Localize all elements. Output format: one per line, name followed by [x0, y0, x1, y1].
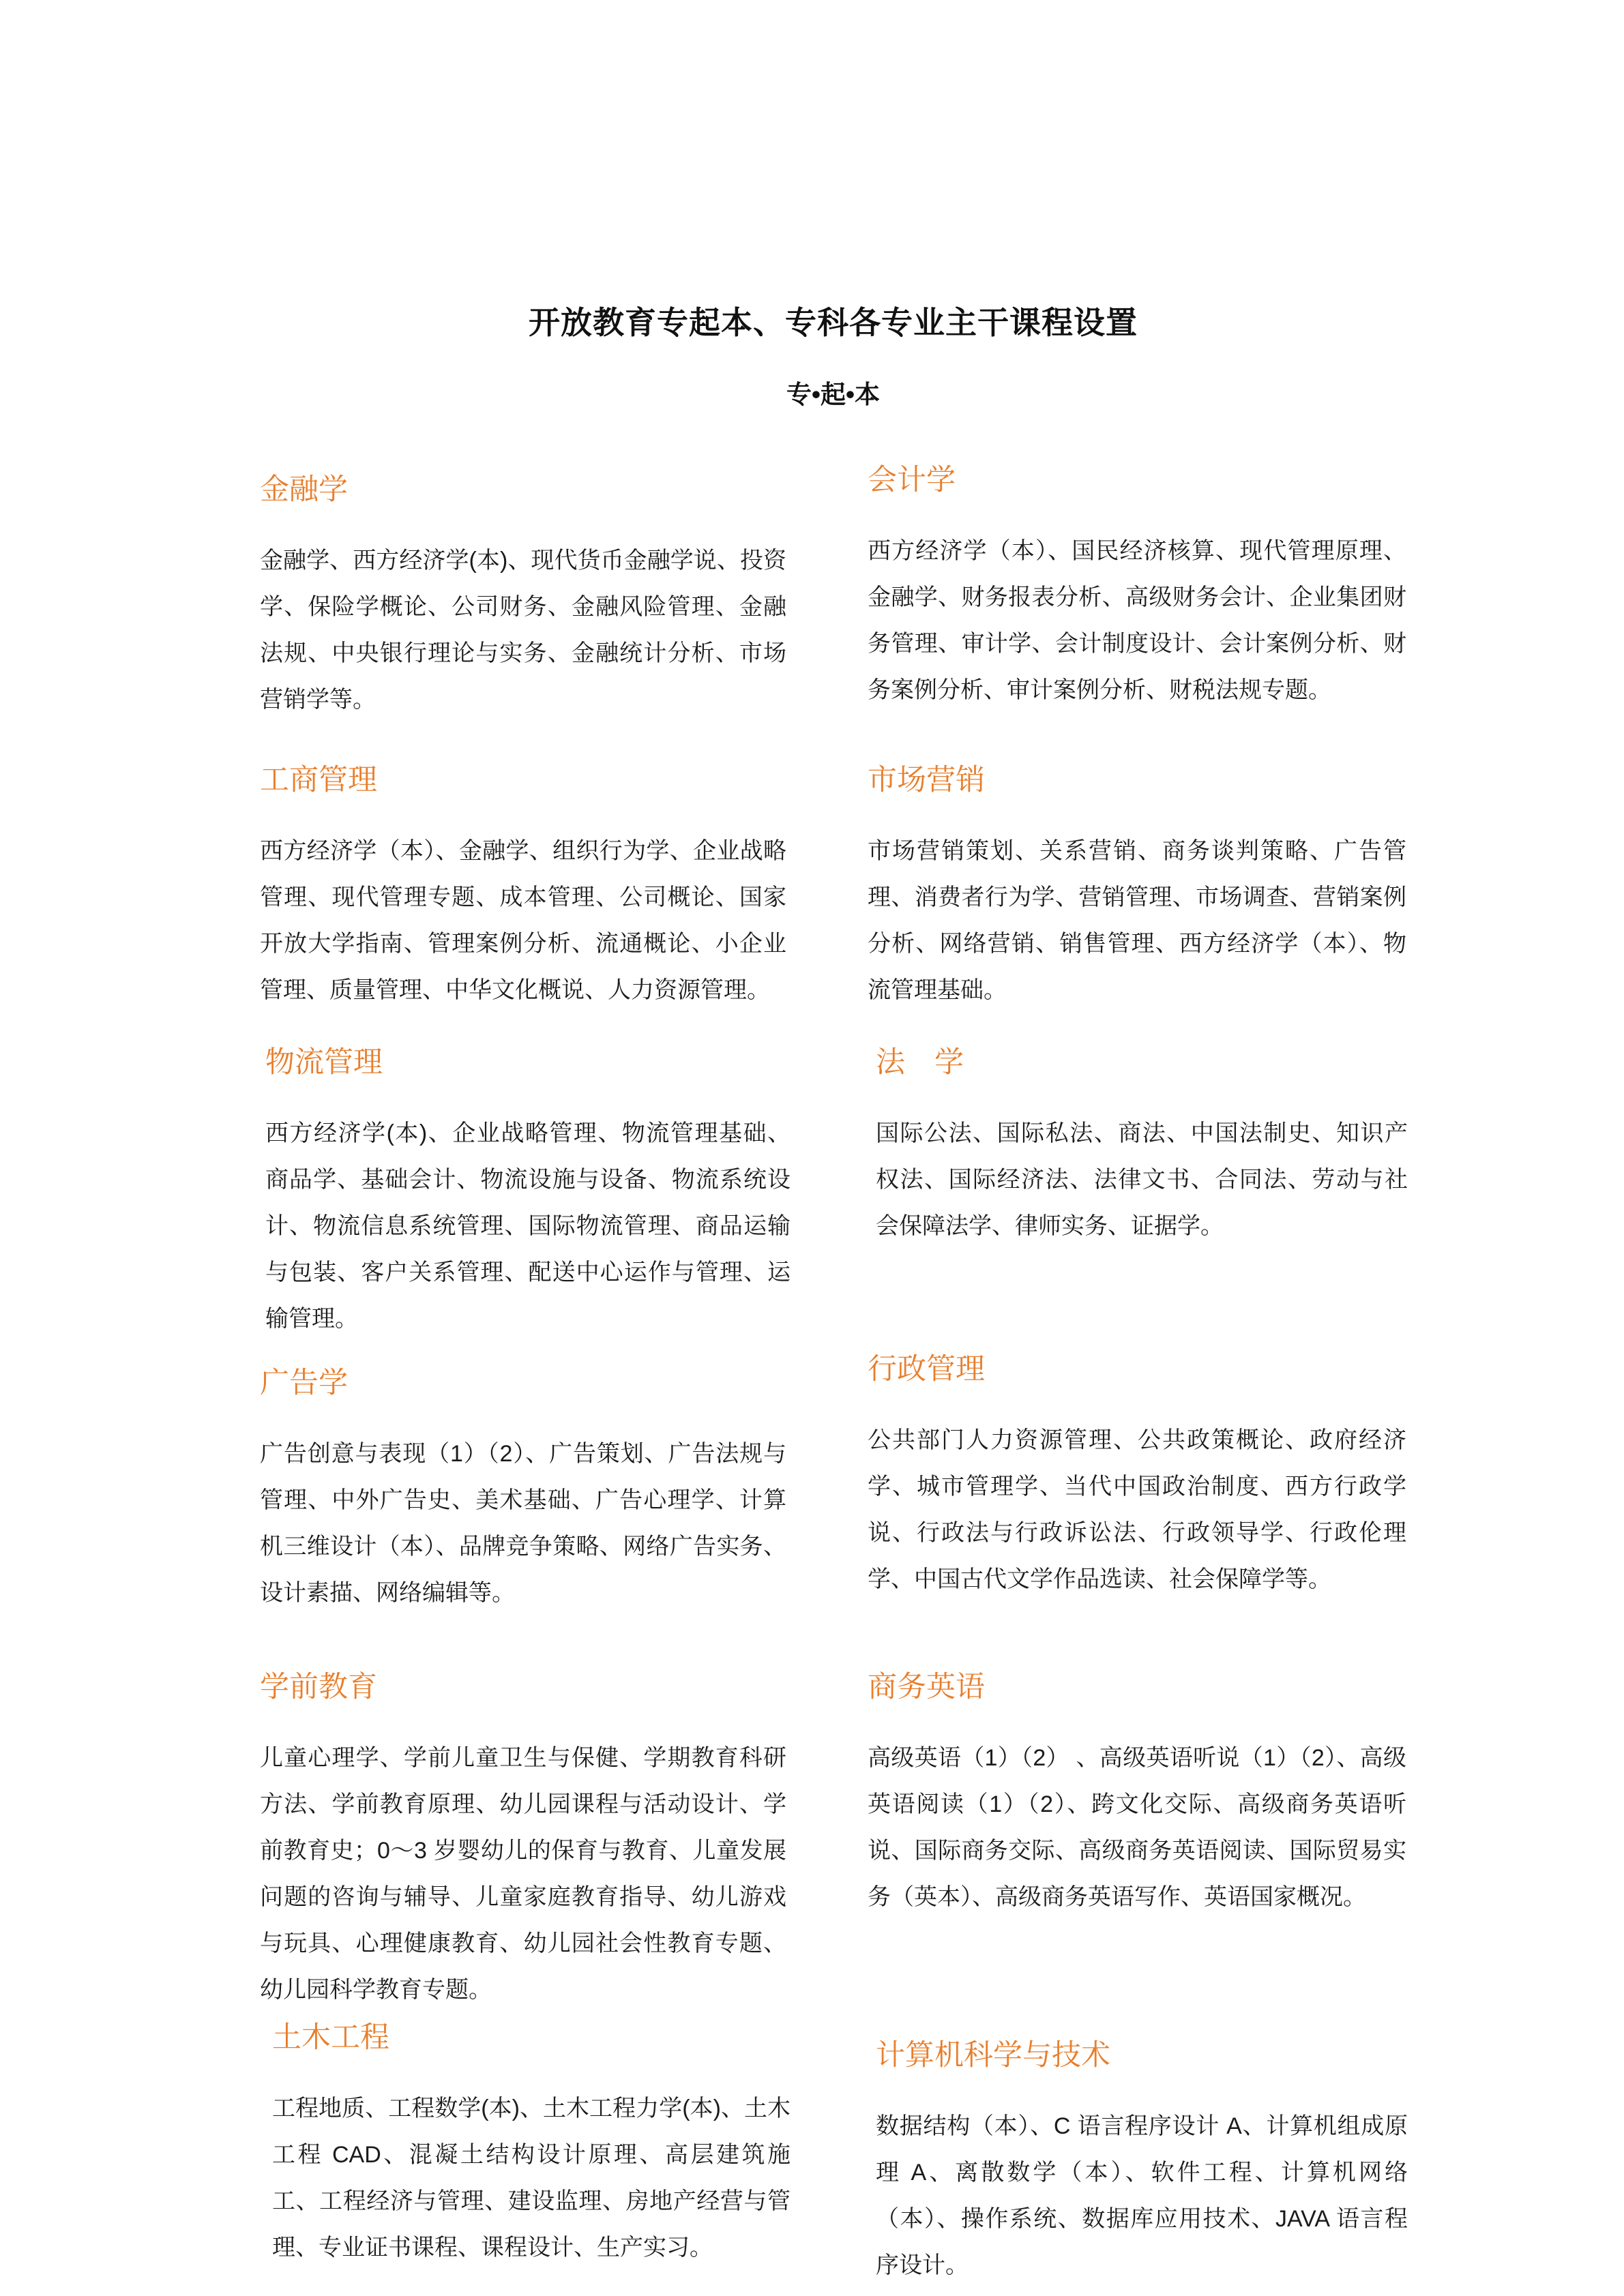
section-business-administration: 工商管理 西方经济学（本）、金融学、组织行为学、企业战略管理、现代管理专题、成本…: [260, 762, 786, 1013]
page-subtitle: 专•起•本: [260, 379, 1406, 411]
section-civil-engineering: 土木工程 工程地质、工程数学(本)、土木工程力学(本)、土木工程 CAD、混凝土…: [272, 2020, 791, 2271]
section-accounting-title: 会计学: [868, 462, 1406, 498]
section-law: 法 学 国际公法、国际私法、商法、中国法制史、知识产权法、国际经济法、法律文书、…: [876, 1045, 1408, 1249]
section-finance: 金融学 金融学、西方经济学(本)、现代货币金融学说、投资学、保险学概论、公司财务…: [260, 472, 786, 723]
section-civil-engineering-title: 土木工程: [272, 2020, 791, 2055]
section-preschool-education-title: 学前教育: [260, 1669, 786, 1705]
section-advertising-body: 广告创意与表现（1）（2）、广告策划、广告法规与管理、中外广告史、美术基础、广告…: [260, 1431, 786, 1616]
section-preschool-education-body: 儿童心理学、学前儿童卫生与保健、学期教育科研方法、学前教育原理、幼儿园课程与活动…: [260, 1735, 786, 2013]
section-preschool-education: 学前教育 儿童心理学、学前儿童卫生与保健、学期教育科研方法、学前教育原理、幼儿园…: [260, 1669, 786, 2013]
section-advertising: 广告学 广告创意与表现（1）（2）、广告策划、广告法规与管理、中外广告史、美术基…: [260, 1365, 786, 1616]
section-marketing-title: 市场营销: [868, 762, 1406, 798]
section-public-administration: 行政管理 公共部门人力资源管理、公共政策概论、政府经济学、城市管理学、当代中国政…: [868, 1352, 1406, 1602]
section-marketing: 市场营销 市场营销策划、关系营销、商务谈判策略、广告管理、消费者行为学、营销管理…: [868, 762, 1406, 1013]
section-public-administration-body: 公共部门人力资源管理、公共政策概论、政府经济学、城市管理学、当代中国政治制度、西…: [868, 1417, 1406, 1602]
section-accounting: 会计学 西方经济学（本）、国民经济核算、现代管理原理、金融学、财务报表分析、高级…: [868, 462, 1406, 713]
section-business-english-body: 高级英语（1）（2） 、高级英语听说（1）（2）、高级英语阅读（1）（2）、跨文…: [868, 1735, 1406, 1920]
section-computer-science: 计算机科学与技术 数据结构（本）、C 语言程序设计 A、计算机组成原理 A、离散…: [876, 2038, 1408, 2288]
section-accounting-body: 西方经济学（本）、国民经济核算、现代管理原理、金融学、财务报表分析、高级财务会计…: [868, 528, 1406, 713]
page-title: 开放教育专起本、专科各专业主干课程设置: [260, 303, 1406, 342]
section-business-administration-body: 西方经济学（本）、金融学、组织行为学、企业战略管理、现代管理专题、成本管理、公司…: [260, 828, 786, 1013]
section-computer-science-body: 数据结构（本）、C 语言程序设计 A、计算机组成原理 A、离散数学（本）、软件工…: [876, 2103, 1408, 2288]
section-business-administration-title: 工商管理: [260, 762, 786, 798]
section-law-title: 法 学: [876, 1045, 1408, 1080]
section-civil-engineering-body: 工程地质、工程数学(本)、土木工程力学(本)、土木工程 CAD、混凝土结构设计原…: [272, 2085, 791, 2271]
section-finance-title: 金融学: [260, 472, 786, 507]
section-logistics-management: 物流管理 西方经济学(本)、企业战略管理、物流管理基础、商品学、基础会计、物流设…: [265, 1045, 791, 1342]
section-logistics-management-body: 西方经济学(本)、企业战略管理、物流管理基础、商品学、基础会计、物流设施与设备、…: [265, 1110, 791, 1342]
section-business-english: 商务英语 高级英语（1）（2） 、高级英语听说（1）（2）、高级英语阅读（1）（…: [868, 1669, 1406, 1920]
section-public-administration-title: 行政管理: [868, 1352, 1406, 1387]
section-marketing-body: 市场营销策划、关系营销、商务谈判策略、广告管理、消费者行为学、营销管理、市场调查…: [868, 828, 1406, 1013]
section-business-english-title: 商务英语: [868, 1669, 1406, 1705]
section-advertising-title: 广告学: [260, 1365, 786, 1401]
document-page: 开放教育专起本、专科各专业主干课程设置 专•起•本 金融学 金融学、西方经济学(…: [0, 0, 1624, 2296]
section-law-body: 国际公法、国际私法、商法、中国法制史、知识产权法、国际经济法、法律文书、合同法、…: [876, 1110, 1408, 1249]
section-logistics-management-title: 物流管理: [265, 1045, 791, 1080]
section-computer-science-title: 计算机科学与技术: [876, 2038, 1408, 2073]
section-finance-body: 金融学、西方经济学(本)、现代货币金融学说、投资学、保险学概论、公司财务、金融风…: [260, 537, 786, 723]
